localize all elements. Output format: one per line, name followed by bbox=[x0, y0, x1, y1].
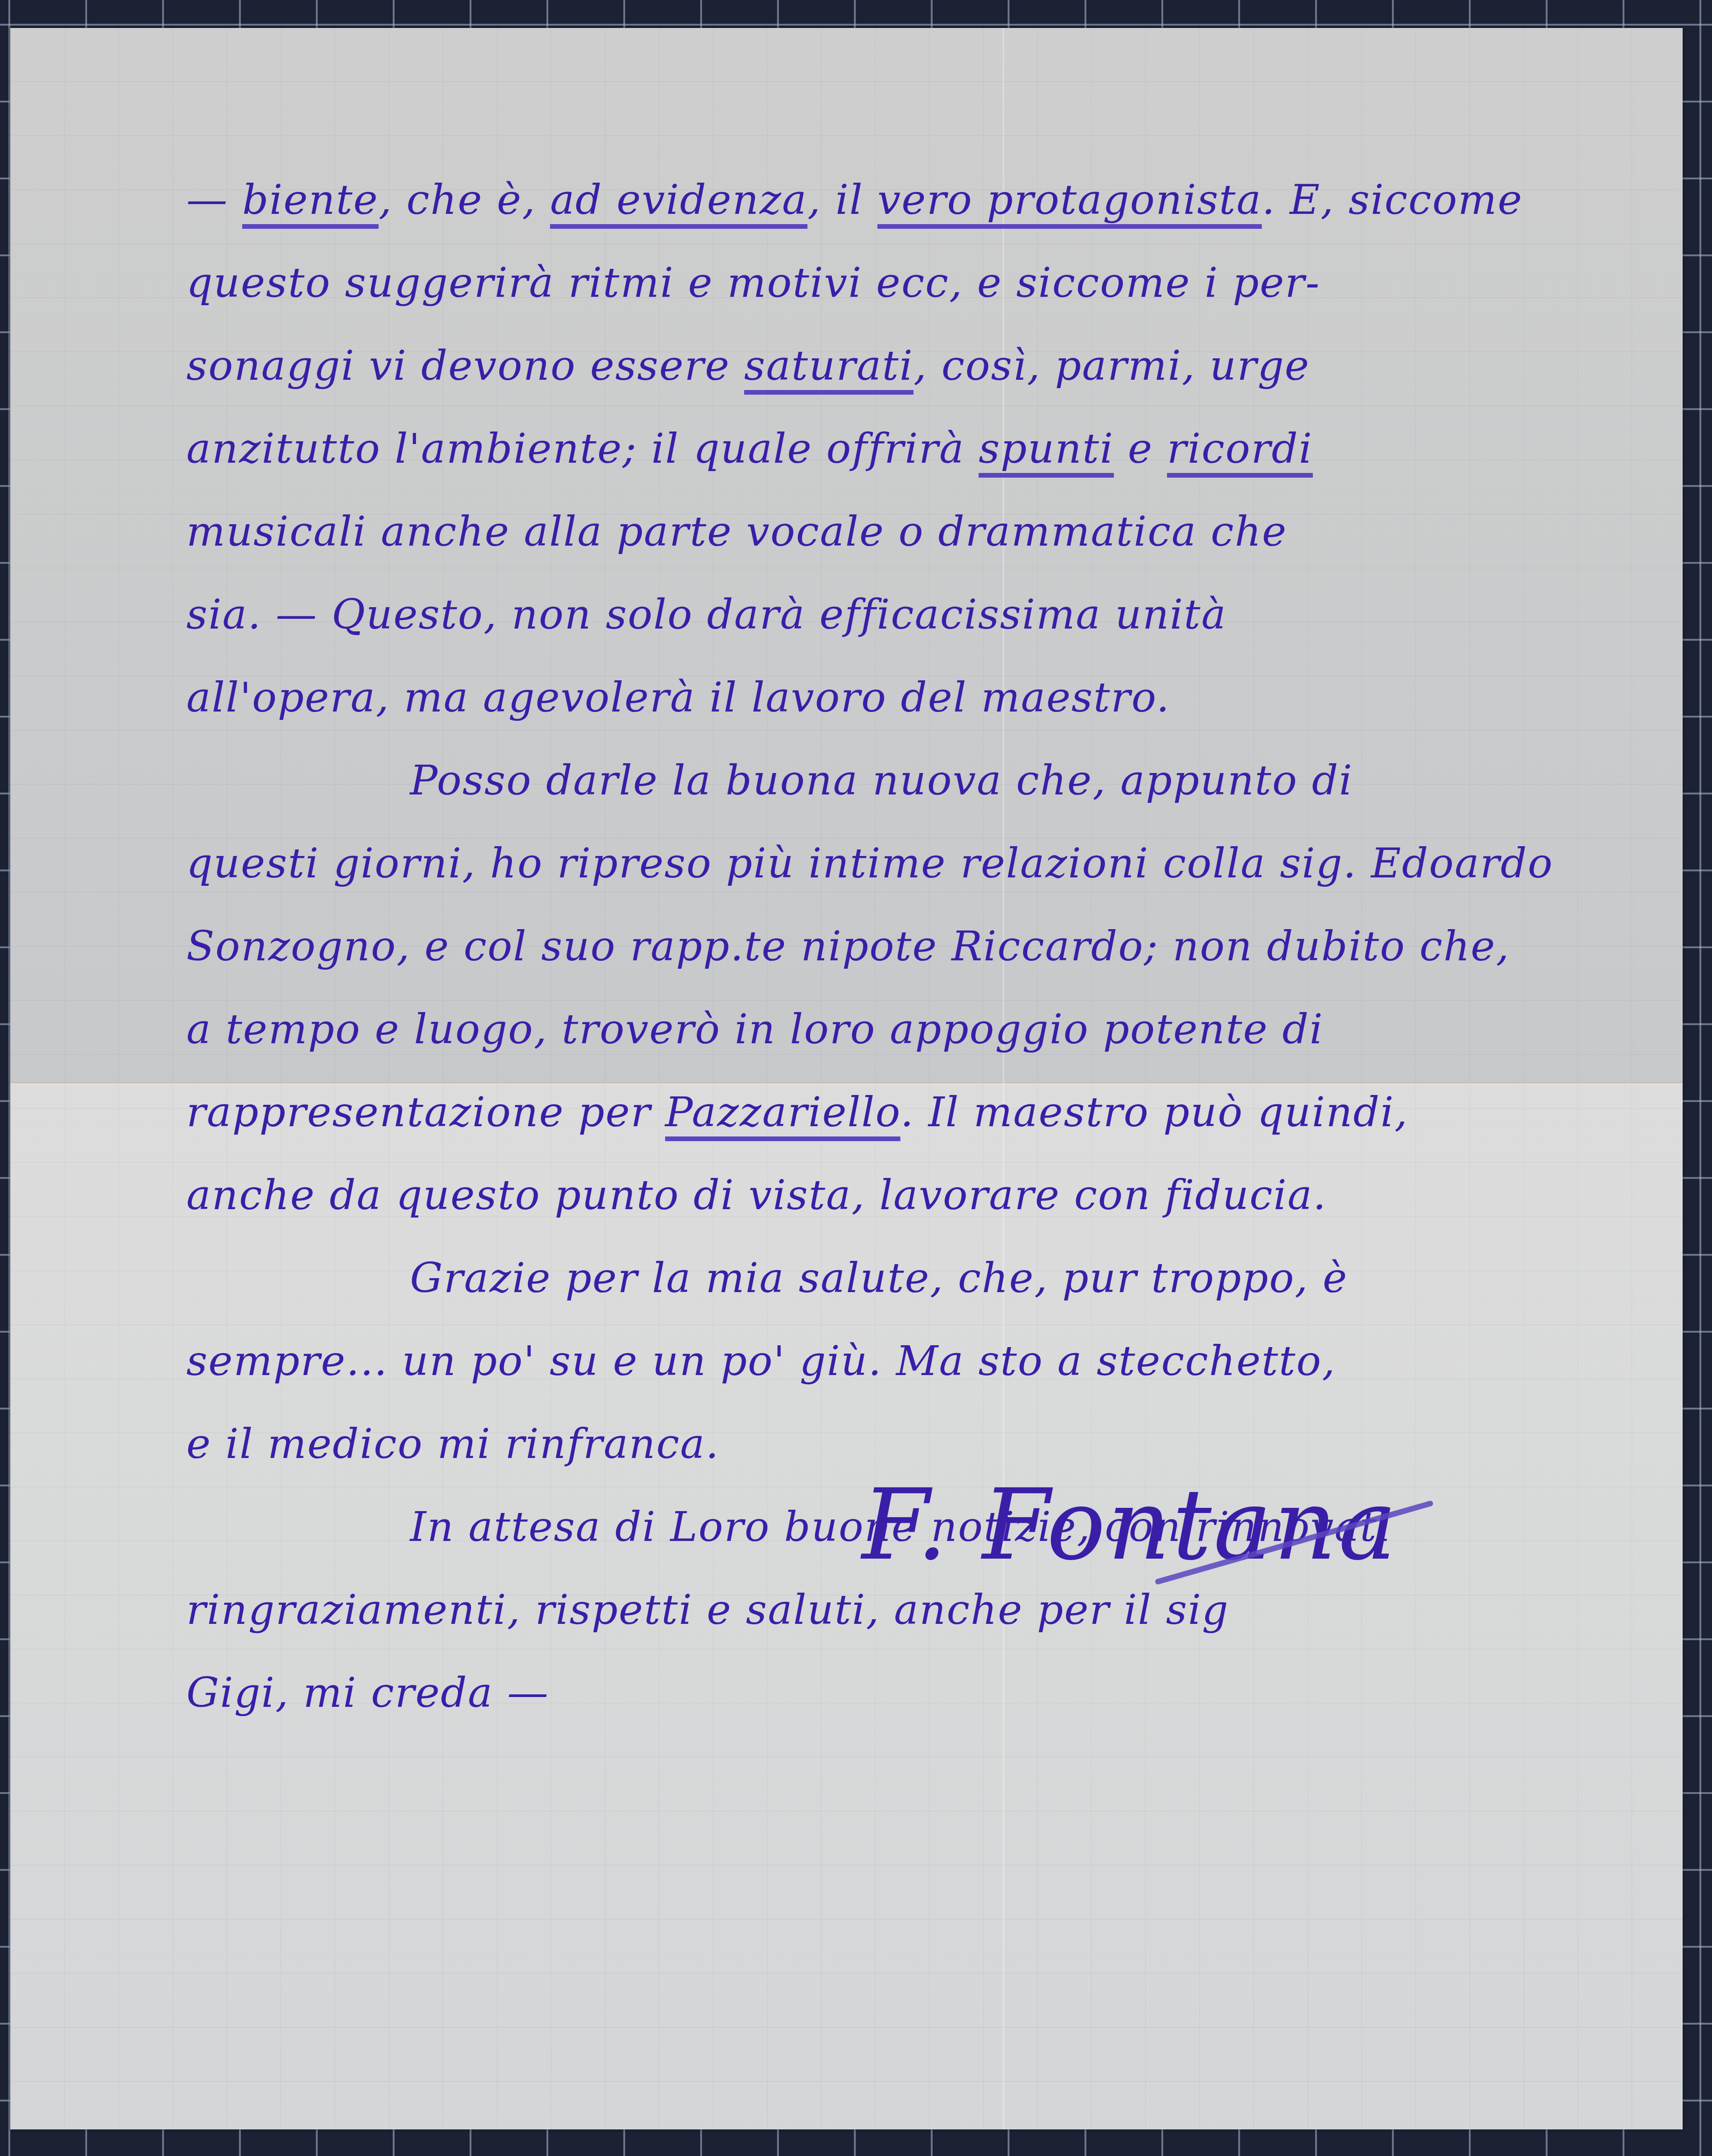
letter-line: Grazie per la mia salute, che, pur tropp… bbox=[186, 1237, 1640, 1320]
letter-line: a tempo e luogo, troverò in loro appoggi… bbox=[186, 988, 1640, 1071]
letter-line: Posso darle la buona nuova che, appunto … bbox=[186, 739, 1640, 822]
underlined-text: ricordi bbox=[1167, 424, 1313, 472]
letter-line: questo suggerirà ritmi e motivi ecc, e s… bbox=[186, 241, 1640, 324]
line-text: anzitutto l'ambiente; il quale offrirà bbox=[186, 424, 979, 472]
letter-line: anche da questo punto di vista, lavorare… bbox=[186, 1154, 1640, 1237]
letter-line: Gigi, mi creda — bbox=[186, 1651, 1640, 1734]
line-text: sempre... un po' su e un po' giù. Ma sto… bbox=[186, 1337, 1336, 1385]
line-text: questo suggerirà ritmi e motivi ecc, e s… bbox=[186, 259, 1320, 307]
line-text: all'opera, ma agevolerà il lavoro del ma… bbox=[186, 673, 1170, 721]
underlined-text: biente bbox=[242, 176, 379, 224]
line-text: ringraziamenti, rispetti e saluti, anche… bbox=[186, 1586, 1229, 1634]
line-text: sonaggi vi devono essere bbox=[186, 342, 744, 390]
letter-line: anzitutto l'ambiente; il quale offrirà s… bbox=[186, 407, 1640, 490]
letter-line: musicali anche alla parte vocale o dramm… bbox=[186, 490, 1640, 573]
letter-line: sonaggi vi devono essere saturati, così,… bbox=[186, 324, 1640, 407]
line-text: Sonzogno, e col suo rapp.te nipote Ricca… bbox=[186, 922, 1510, 970]
letter-line: all'opera, ma agevolerà il lavoro del ma… bbox=[186, 656, 1640, 739]
line-text: e il medico mi rinfranca. bbox=[186, 1420, 720, 1468]
line-text: — bbox=[186, 176, 242, 224]
letter-line: sia. — Questo, non solo darà efficacissi… bbox=[186, 573, 1640, 656]
line-text: rappresentazione per bbox=[186, 1088, 665, 1136]
line-text: e bbox=[1114, 424, 1167, 472]
letter-line: sempre... un po' su e un po' giù. Ma sto… bbox=[186, 1320, 1640, 1403]
underlined-text: Pazzariello bbox=[665, 1088, 900, 1136]
line-text: , il bbox=[807, 176, 877, 224]
line-text: . E, siccome bbox=[1262, 176, 1523, 224]
line-text: anche da questo punto di vista, lavorare… bbox=[186, 1171, 1327, 1219]
line-text: , che è, bbox=[379, 176, 550, 224]
line-text: sia. — Questo, non solo darà efficacissi… bbox=[186, 590, 1227, 638]
letter-line: Sonzogno, e col suo rapp.te nipote Ricca… bbox=[186, 905, 1640, 988]
line-text: questi giorni, ho ripreso più intime rel… bbox=[186, 839, 1553, 887]
letter-line: — biente, che è, ad evidenza, il vero pr… bbox=[186, 158, 1640, 241]
line-text: , così, parmi, urge bbox=[914, 342, 1310, 390]
line-text: a tempo e luogo, troverò in loro appoggi… bbox=[186, 1005, 1323, 1053]
line-text: Grazie per la mia salute, che, pur tropp… bbox=[410, 1254, 1348, 1302]
underlined-text: saturati bbox=[744, 342, 914, 390]
letter-line: rappresentazione per Pazzariello. Il mae… bbox=[186, 1071, 1640, 1154]
line-text: Gigi, mi creda — bbox=[186, 1669, 549, 1717]
line-text: Posso darle la buona nuova che, appunto … bbox=[410, 756, 1353, 804]
underlined-text: ad evidenza bbox=[550, 176, 808, 224]
signature: F. Fontana bbox=[862, 1468, 1398, 1582]
letter-line: questi giorni, ho ripreso più intime rel… bbox=[186, 822, 1640, 905]
underlined-text: spunti bbox=[979, 424, 1114, 472]
underlined-text: vero protagonista bbox=[877, 176, 1262, 224]
line-text: musicali anche alla parte vocale o dramm… bbox=[186, 507, 1287, 555]
line-text: . Il maestro può quindi, bbox=[900, 1088, 1409, 1136]
